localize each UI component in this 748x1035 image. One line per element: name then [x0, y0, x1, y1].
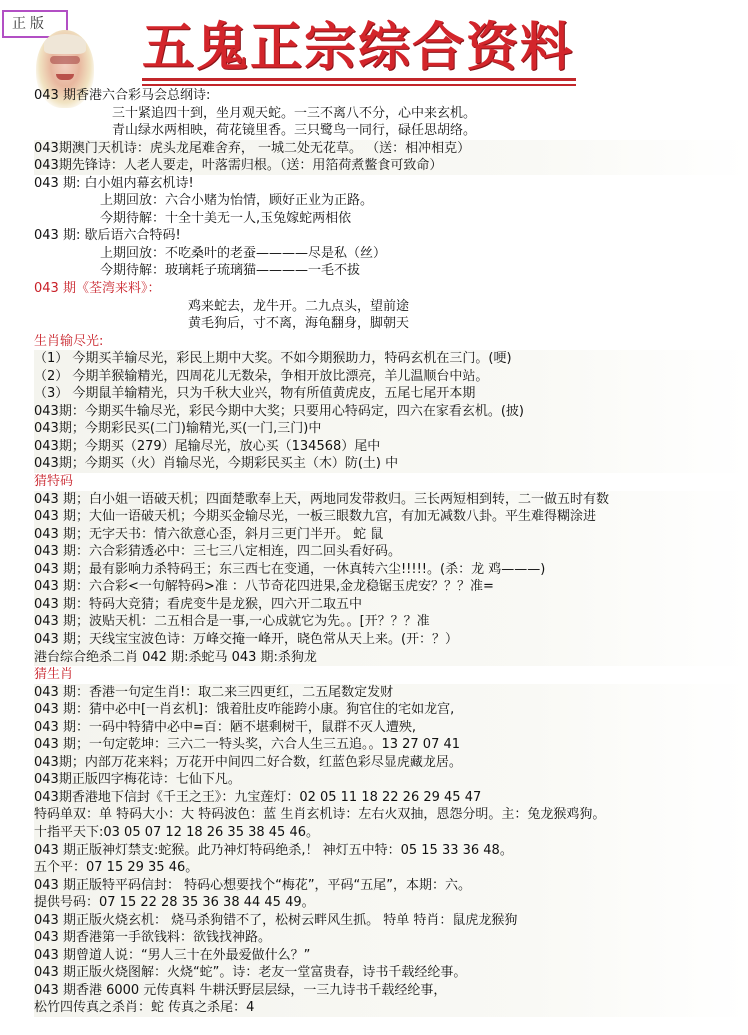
last-period-review: 上期回放：不吃桑叶的老蚕————尽是私（丝）: [34, 245, 748, 263]
list-item: 043 期香港 6000 元传真料 牛耕沃野层层绿，一三九诗书千载经纶事，: [34, 982, 748, 1000]
section-heading-quanwan: 043 期《荃湾来料》：: [34, 280, 748, 298]
list-item: 043期；今期彩民买(二门)输精光,买(一门,三门)中: [34, 420, 748, 438]
poem-line: 青山绿水两相映，荷花镜里香。三只鹭鸟一同行，碌任思胡络。: [34, 122, 748, 140]
list-item: 043 期：香港一句定生肖!：取二来三四更红，二五尾数定发财: [34, 684, 748, 702]
list-item: 043 期；白小姐一语破天机；四面楚歌奉上天，两地同发带救归。三长两短相到转，二…: [34, 491, 748, 509]
page-title: 五鬼正宗综合资料: [142, 18, 576, 78]
list-item: 043 期；大仙一语破天机；今期买金输尽光，一板三眼数九宫，有加无减数八卦。平生…: [34, 508, 748, 526]
list-item: 043 期：一码中特猜中必中=百：陋不堪剩树干，鼠群不灭人遭殃,: [34, 719, 748, 737]
avatar-glasses: [50, 56, 80, 64]
current-period-pending: 今期待解：十全十美无一人,玉兔嫁蛇两相依: [34, 210, 748, 228]
document-body: 043 期香港六合彩马会总纲诗: 三十紧追四十到，坐月观天蛇。一三不离八不分，心…: [34, 87, 748, 1017]
list-item: 043 期：六合彩猜透必中：三七三八定相连，四二回头看好码。: [34, 543, 748, 561]
list-item: 五个平：07 15 29 35 46。: [34, 859, 748, 877]
list-item: （1） 今期买羊输尽光，彩民上期中大奖。不如今期猴助力，特码玄机在三门。(哽): [34, 350, 748, 368]
list-item: 043 期正版特平码信封： 特码心想要找个“梅花”，平码“五尾”，本期：六。: [34, 877, 748, 895]
list-item: 043期；内部万花来料；万花开中间四二好合数，红蓝色彩尽显虎藏龙居。: [34, 754, 748, 772]
list-item: 港台综合绝杀二肖 042 期:杀蛇马 043 期:杀狗龙: [34, 649, 748, 667]
section-heading-shuxiao: 生肖输尽光:: [34, 333, 748, 351]
riddle-line: 黄毛狗后，寸不离，海龟翻身，脚朝天: [34, 315, 748, 333]
list-item: 提供号码：07 15 22 28 35 36 38 44 45 49。: [34, 894, 748, 912]
section-heading-caishengxiao: 猜生肖: [34, 666, 748, 684]
vanguard-poem: 043期先锋诗：人老人要走，叶落需归根。（送：用箔荷煮鳖食可致命）: [34, 157, 748, 175]
list-item: 043 期；最有影响力杀特码王；东三西七在变通，一休真转六尘!!!!!。(杀：龙…: [34, 561, 748, 579]
list-item: 043 期；天线宝宝波色诗：万峰交掩一峰开，晓色常从天上来。(开：？）: [34, 631, 748, 649]
title-underline: [142, 78, 576, 81]
list-item: 043 期；无字天书：情六欲意心歪，斜月三更门半开。 蛇 鼠: [34, 526, 748, 544]
list-item: 043 期：猜中必中[一肖玄机]：饿着肚皮咋能跨小康。狗官住的宅如龙宫,: [34, 701, 748, 719]
list-item: 043 期：六合彩<一句解特码>准 ：八节奇花四进果,金龙稳锯玉虎安？？？准=: [34, 578, 748, 596]
avatar-mouth: [56, 74, 74, 80]
list-item: 松竹四传真之杀肖：蛇 传真之杀尾：4: [34, 999, 748, 1017]
list-item: 043期；今期买（279）尾输尽光，放心买（134568）尾中: [34, 438, 748, 456]
list-item: 043 期正版神灯禁支:蛇猴。此乃神灯特码绝杀,！ 神灯五中特：05 15 33…: [34, 842, 748, 860]
section-heading-zonggang: 043 期香港六合彩马会总纲诗:: [34, 87, 748, 105]
list-item: 043 期正版火烧玄机： 烧马杀狗错不了，松树云畔风生抓。 特单 特肖：鼠虎龙猴…: [34, 912, 748, 930]
poem-line: 三十紧追四十到，坐月观天蛇。一三不离八不分，心中来玄机。: [34, 105, 748, 123]
title-underline-secondary: [142, 84, 576, 86]
list-item: （3） 今期鼠羊输精光，只为千秋大业兴，物有所值黄虎皮，五尾七尾开本期: [34, 385, 748, 403]
riddle-line: 鸡来蛇去，龙牛开。二九点头，望前途: [34, 298, 748, 316]
section-heading-baixiaojie: 043 期: 白小姐内幕玄机诗!: [34, 175, 748, 193]
list-item: 043 期香港第一手欲钱料：欲钱找神路。: [34, 929, 748, 947]
list-item: 043期正版四字梅花诗：七仙下凡。: [34, 771, 748, 789]
list-item: 043 期：特码大竞猜；看虎变牛是龙猴，四六开二取五中: [34, 596, 748, 614]
list-item: （2） 今期羊猴输精光，四周花儿无数朵，争相开放比漂亮，羊儿温顺台中站。: [34, 368, 748, 386]
last-period-review: 上期回放：六合小赌为怡情，顾好正业为正路。: [34, 192, 748, 210]
list-item: 043 期曾道人说：“男人三十在外最爱做什么？”: [34, 947, 748, 965]
macau-poem: 043期澳门天机诗：虎头龙尾难舍弃， 一城二处无花草。 （送：相冲相克）: [34, 140, 748, 158]
list-item: 特码单双：单 特码大小：大 特码波色：蓝 生肖玄机诗：左右火双抽，恩怨分明。主：…: [34, 806, 748, 824]
list-item: 043期香港地下信封《千王之王》：九宝莲灯：02 05 11 18 22 26 …: [34, 789, 748, 807]
list-item: 043期；今期买（火）肖输尽光，今期彩民买主（木）防(土) 中: [34, 455, 748, 473]
current-period-pending: 今期待解：玻璃耗子琉璃猫————一毛不拔: [34, 262, 748, 280]
list-item: 043期：今期买牛输尽光，彩民今期中大奖；只要用心特码定，四六在家看玄机。(披): [34, 403, 748, 421]
section-heading-xiehouyu: 043 期: 歇后语六合特码!: [34, 227, 748, 245]
list-item: 043 期正版火烧图解：火烧“蛇”。诗：老友一堂富贵春，诗书千载经纶事。: [34, 964, 748, 982]
list-item: 043 期；一句定乾坤：三六二一特头奖，六合人生三五追。。13 27 07 41: [34, 736, 748, 754]
section-heading-caitema: 猜特码: [34, 473, 748, 491]
list-item: 十指平天下:03 05 07 12 18 26 35 38 45 46。: [34, 824, 748, 842]
list-item: 043 期；波贴天机：二五相合是一事,一心成就它为先。。[开？？？准: [34, 613, 748, 631]
avatar-hair: [44, 34, 86, 54]
